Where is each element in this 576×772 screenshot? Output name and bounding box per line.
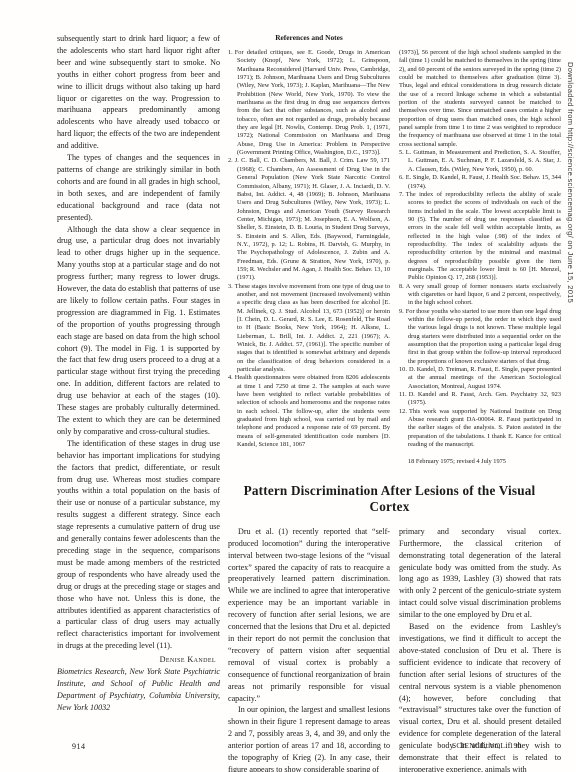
right-content-area: References and Notes 1.For detailed crit… [228,33,561,772]
references-column-1: 1.For detailed critiques, see E. Goode, … [228,49,390,466]
reference-number: 6. [399,174,406,181]
reference-number: 10. [399,366,409,373]
reference-item: 7.The index of reproducibility reflects … [399,191,561,283]
reference-item: 10.D. Kandel, D. Treiman, R. Faust, E. S… [399,366,561,391]
article1-left-column: subsequently start to drink hard liquor;… [57,33,220,714]
download-watermark: Downloaded from http://science.sciencema… [566,62,575,734]
page-number: 914 [72,742,86,751]
reference-text: A very small group of former nonusers st… [406,283,561,307]
reference-text: For those youths who started to use more… [406,308,561,365]
reference-text: This work was supported by National Inst… [408,408,561,448]
reference-item: 6.E. Single, D. Kandel, R. Faust, J. Hea… [399,174,561,191]
body-paragraph: The identification of these stages in dr… [57,438,220,652]
reference-text: J. C. Ball, C. D. Chambers, M. Ball, J. … [235,157,390,281]
body-paragraph: primary and secondary visual cortex. Fur… [399,526,561,621]
reference-item: (1973)], 56 percent of the high school s… [399,49,561,149]
reference-number: 5. [399,149,406,156]
reference-text: (1973)], 56 percent of the high school s… [399,49,561,148]
body-paragraph: Although the data show a clear sequence … [57,224,220,438]
author-signature: Denise Kandel [57,654,220,666]
reference-text: For detailed critiques, see E. Goode, Dr… [235,49,390,156]
reference-text: These stages involve movement from one t… [235,283,390,373]
body-paragraph: subsequently start to drink hard liquor;… [57,33,220,152]
reference-text: D. Kandel, D. Treiman, R. Faust, E. Sing… [408,366,561,390]
reference-item: 9.For those youths who started to use mo… [399,308,561,366]
reference-text: Health questionnaires were obtained from… [235,374,390,448]
reference-number: 12. [399,408,409,415]
reference-number: 11. [399,391,409,398]
reference-number: 7. [399,191,406,198]
reference-item: 11.D. Kandel and R. Faust, Arch. Gen. Ps… [399,391,561,408]
reference-text: The index of reproducibility reflects th… [406,191,561,281]
article2-column-1: Dru et al. (1) recently reported that “s… [228,526,390,772]
reference-number: 3. [228,283,235,290]
references-heading: References and Notes [228,33,390,42]
reference-number: 1. [228,49,235,56]
article2-column-2: primary and secondary visual cortex. Fur… [399,526,561,772]
journal-footer: SCIENCE, VOL. 190 [452,741,562,750]
body-paragraph: Dru et al. (1) recently reported that “s… [228,526,390,705]
body-paragraph: In our opinion, the largest and smallest… [228,704,390,772]
reference-text: L. Guttman, in Measurement and Predictio… [406,149,561,173]
scanned-journal-page: subsequently start to drink hard liquor;… [0,0,576,772]
reference-item: 4.Health questionnaires were obtained fr… [228,374,390,449]
article2-columns: Dru et al. (1) recently reported that “s… [228,526,561,772]
reference-text: D. Kandel and R. Faust, Arch. Gen. Psych… [408,391,561,406]
reference-text: E. Single, D. Kandel, R. Faust, J. Healt… [406,174,561,189]
reference-item: 5.L. Guttman, in Measurement and Predict… [399,149,561,174]
reference-number: 8. [399,283,406,290]
reference-number: 4. [228,374,235,381]
references-columns: 1.For detailed critiques, see E. Goode, … [228,49,561,466]
references-column-2: (1973)], 56 percent of the high school s… [399,49,561,466]
reference-item: 12.This work was supported by National I… [399,408,561,450]
received-date-line: 18 February 1975; revised 4 July 1975 [399,458,561,466]
author-affiliation: Biometrics Research, New York State Psyc… [57,666,220,714]
body-paragraph: The types of changes and the sequences i… [57,152,220,223]
reference-item: 3.These stages involve movement from one… [228,283,390,375]
reference-number: 9. [399,308,406,315]
reference-number: 2. [228,157,235,164]
reference-item: 2.J. C. Ball, C. D. Chambers, M. Ball, J… [228,157,390,282]
reference-item: 8.A very small group of former nonusers … [399,283,561,308]
reference-item: 1.For detailed critiques, see E. Goode, … [228,49,390,157]
article2-title: Pattern Discrimination After Lesions of … [228,483,551,515]
